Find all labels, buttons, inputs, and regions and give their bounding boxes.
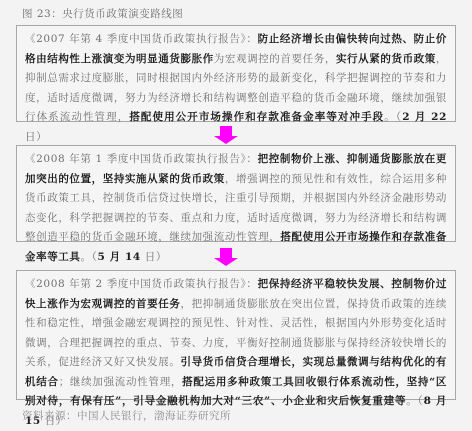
policy-box-2007q4: 《2007 年第 4 季度中国货币政策执行报告》：防止经济增长由偏快转向过热、防… <box>16 25 456 122</box>
policy-box-2008q2: 《2008 年第 2 季度中国货币政策执行报告》：把保持经济平稳较快发展、控制物… <box>16 270 456 400</box>
down-arrow-icon <box>214 126 238 144</box>
box-text: 日） <box>141 251 167 263</box>
box-text: ；继续加强流动性管理， <box>59 376 182 388</box>
box-text: 。（ <box>406 395 423 407</box>
source-note: 资料来源：中国人民银行，渤海证券研究所 <box>22 408 231 423</box>
box-text: 日） <box>25 131 47 143</box>
box-text: 。（ <box>384 111 402 123</box>
down-arrow-icon <box>214 248 238 266</box>
box-text: 。（ <box>81 251 98 263</box>
policy-box-2008q1: 《2008 年第 1 季度中国货币政策执行报告》：把控制物价上涨、抑制通货膨胀放… <box>16 145 456 242</box>
box-text: 为宏观调控的首要任务， <box>214 53 336 65</box>
box-text: 《2008 年第 1 季度中国货币政策执行报告》： <box>25 153 258 165</box>
box-date: 2 月 22 <box>402 111 447 123</box>
box-date: 5 月 14 <box>97 251 140 263</box>
box-text: 实行从紧的货币政策 <box>336 53 436 65</box>
figure-title: 图 23：央行货币政策演变路线图 <box>22 6 183 21</box>
box-text: 搭配使用公开市场操作和存款准备金率等对冲手段 <box>129 111 384 123</box>
box-text: 《2008 年第 2 季度中国货币政策执行报告》： <box>25 278 258 290</box>
box-text: 《2007 年第 4 季度中国货币政策执行报告》： <box>25 33 258 45</box>
